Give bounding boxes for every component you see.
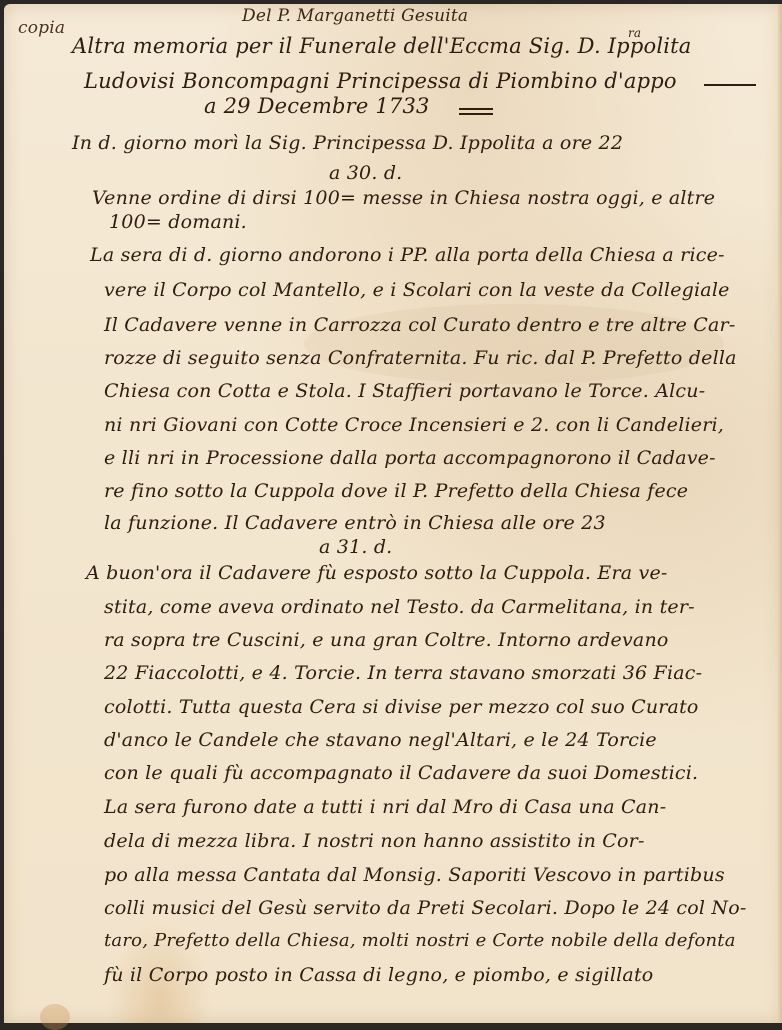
entry-line: re fino sotto la Cuppola dove il P. Pref… bbox=[104, 480, 688, 502]
entry-line: taro, Prefetto della Chiesa, molti nostr… bbox=[104, 930, 736, 951]
entry-line: stita, come aveva ordinato nel Testo. da… bbox=[104, 596, 695, 618]
entry-line: 100= domani. bbox=[109, 211, 247, 233]
entry-date: a 29 Decembre 1733 bbox=[204, 94, 430, 118]
entry-line: Il Cadavere venne in Carrozza col Curato… bbox=[104, 314, 735, 336]
entry-line: rozze di seguito senza Confraternita. Fu… bbox=[104, 347, 737, 369]
entry-date: a 31. d. bbox=[319, 536, 392, 558]
entry-line: In d. giorno morì la Sig. Principessa D.… bbox=[72, 132, 623, 154]
title-dash bbox=[704, 84, 756, 86]
entry-line: po alla messa Cantata dal Monsig. Sapori… bbox=[104, 864, 725, 886]
entry-line: La sera di d. giorno andorono i PP. alla… bbox=[90, 244, 725, 266]
entry-line: e lli nri in Processione dalla porta acc… bbox=[104, 447, 716, 469]
entry-line: la funzione. Il Cadavere entrò in Chiesa… bbox=[104, 512, 606, 534]
title-line-2: Ludovisi Boncompagni Principessa di Piom… bbox=[84, 69, 677, 93]
date-double-rule bbox=[459, 108, 493, 115]
water-stain bbox=[40, 1004, 70, 1023]
entry-line: colotti. Tutta questa Cera si divise per… bbox=[104, 696, 699, 718]
author-line: Del P. Marganetti Gesuita bbox=[242, 6, 468, 26]
margin-note: copia bbox=[18, 18, 65, 38]
title-superscript: ra bbox=[628, 26, 641, 40]
entry-line: 22 Fiaccolotti, e 4. Torcie. In terra st… bbox=[104, 662, 702, 684]
manuscript-page: copia Del P. Marganetti Gesuita Altra me… bbox=[4, 4, 782, 1023]
entry-line: fù il Corpo posto in Cassa di legno, e p… bbox=[104, 964, 653, 986]
entry-line: vere il Corpo col Mantello, e i Scolari … bbox=[104, 279, 730, 301]
entry-line: La sera furono date a tutti i nri dal Mr… bbox=[104, 796, 666, 818]
entry-line: Venne ordine di dirsi 100= messe in Chie… bbox=[92, 187, 715, 209]
entry-line: A buon'ora il Cadavere fù esposto sotto … bbox=[86, 562, 668, 584]
entry-line: Chiesa con Cotta e Stola. I Staffieri po… bbox=[104, 380, 705, 402]
entry-line: d'anco le Candele che stavano negl'Altar… bbox=[104, 729, 657, 751]
title-line-1: Altra memoria per il Funerale dell'Eccma… bbox=[72, 34, 692, 58]
page-edge bbox=[778, 4, 782, 1023]
entry-line: ra sopra tre Cuscini, e una gran Coltre.… bbox=[104, 629, 669, 651]
entry-line: ni nri Giovani con Cotte Croce Incensier… bbox=[104, 414, 724, 436]
entry-date: a 30. d. bbox=[329, 162, 402, 184]
entry-line: colli musici del Gesù servito da Preti S… bbox=[104, 897, 747, 919]
entry-line: dela di mezza libra. I nostri non hanno … bbox=[104, 830, 645, 852]
entry-line: con le quali fù accompagnato il Cadavere… bbox=[104, 762, 698, 784]
